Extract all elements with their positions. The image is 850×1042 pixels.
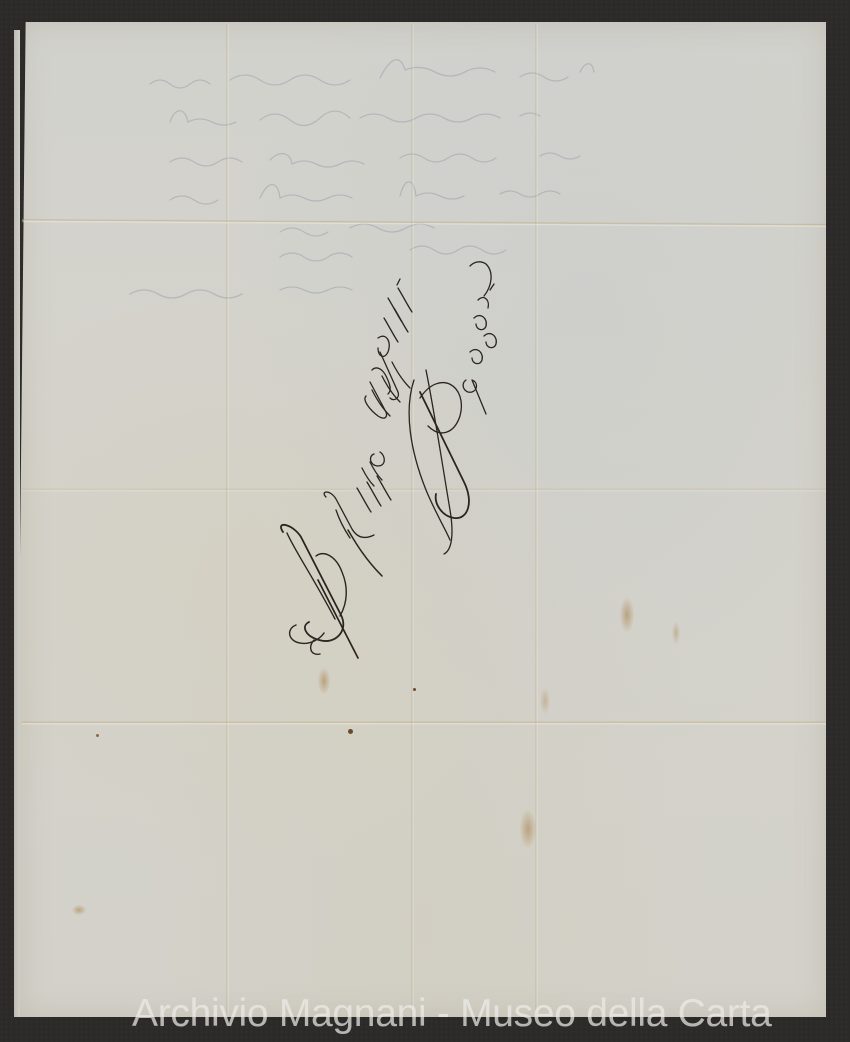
- handwriting-pescia: [409, 262, 496, 554]
- handwriting-sig: [281, 525, 358, 658]
- archive-watermark: Archivio Magnani - Museo della Carta: [132, 994, 772, 1033]
- handwriting-enrico: [324, 452, 391, 576]
- handwriting-magnani: [365, 279, 412, 418]
- handwritten-address: [0, 0, 850, 1042]
